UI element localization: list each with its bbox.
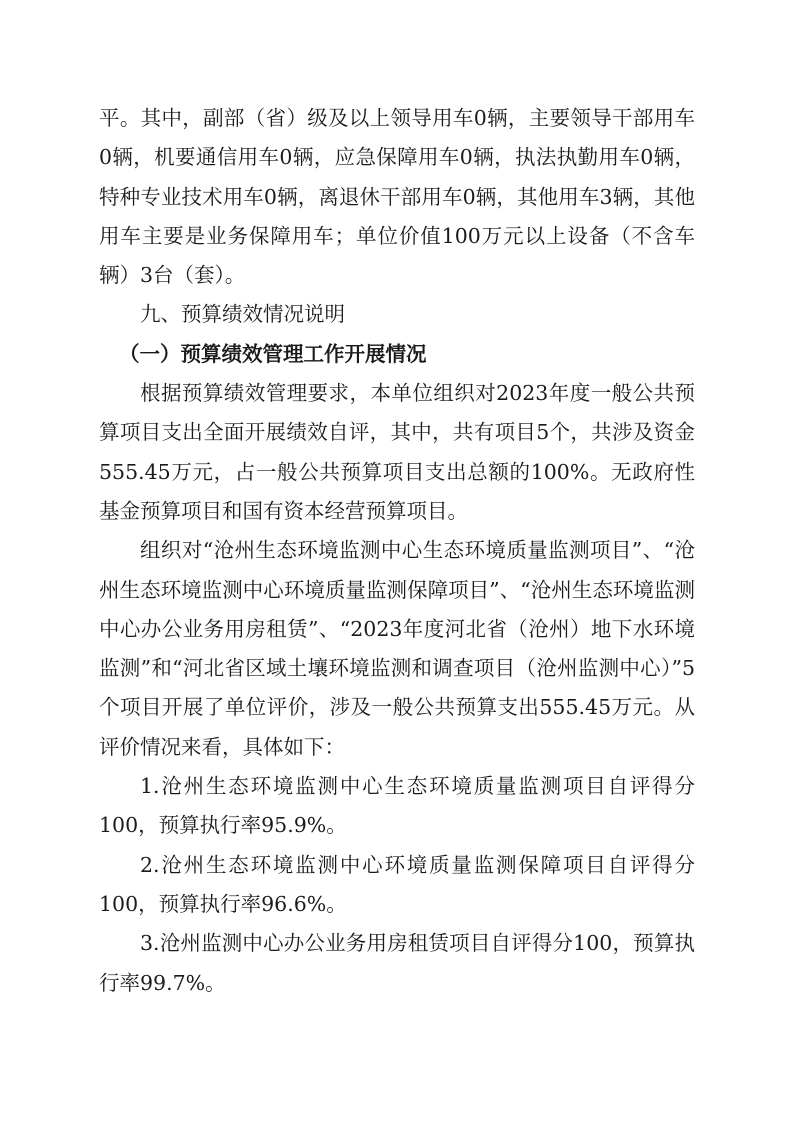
list-item-project-3: 3.沧州监测中心办公业务用房租赁项目自评得分100，预算执行率99.7%。 xyxy=(99,924,695,1003)
paragraph-vehicles-equipment: 平。其中，副部（省）级及以上领导用车0辆，主要领导干部用车0辆，机要通信用车0辆… xyxy=(99,99,695,295)
list-item-project-1: 1.沧州生态环境监测中心生态环境质量监测项目自评得分100，预算执行率95.9%… xyxy=(99,767,695,846)
list-item-project-2: 2.沧州生态环境监测中心环境质量监测保障项目自评得分100，预算执行率96.6%… xyxy=(99,846,695,925)
subsection-heading-performance-management: （一）预算绩效管理工作开展情况 xyxy=(99,335,695,374)
paragraph-self-evaluation-overview: 根据预算绩效管理要求，本单位组织对2023年度一般公共预算项目支出全面开展绩效自… xyxy=(99,374,695,531)
section-heading-budget-performance: 九、预算绩效情况说明 xyxy=(99,295,695,334)
paragraph-project-evaluation: 组织对“沧州生态环境监测中心生态环境质量监测项目”、“沧州生态环境监测中心环境质… xyxy=(99,531,695,767)
document-page: 平。其中，副部（省）级及以上领导用车0辆，主要领导干部用车0辆，机要通信用车0辆… xyxy=(99,99,695,1003)
